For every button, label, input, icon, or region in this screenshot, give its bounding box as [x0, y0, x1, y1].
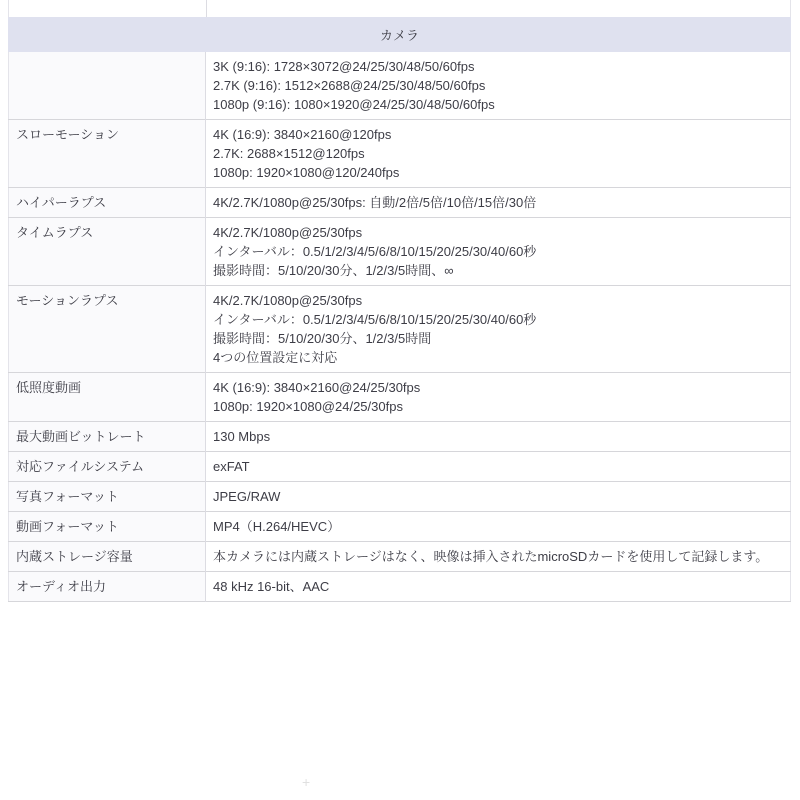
spec-value: JPEG/RAW	[206, 482, 791, 512]
spec-row: ハイパーラプス 4K/2.7K/1080p@25/30fps: 自動/2倍/5倍…	[9, 188, 791, 218]
spec-label	[9, 52, 206, 120]
spec-row: 最大動画ビットレート 130 Mbps	[9, 422, 791, 452]
spec-label: 対応ファイルシステム	[9, 452, 206, 482]
spec-label: オーディオ出力	[9, 572, 206, 602]
spec-label: 内蔵ストレージ容量	[9, 542, 206, 572]
spec-value: 4K/2.7K/1080p@25/30fps インターバル：0.5/1/2/3/…	[206, 218, 791, 286]
spec-value: 130 Mbps	[206, 422, 791, 452]
spec-value: 3K (9:16): 1728×3072@24/25/30/48/50/60fp…	[206, 52, 791, 120]
spec-value: 4K/2.7K/1080p@25/30fps: 自動/2倍/5倍/10倍/15倍…	[206, 188, 791, 218]
spec-row: 内蔵ストレージ容量 本カメラには内蔵ストレージはなく、映像は挿入されたmicro…	[9, 542, 791, 572]
spec-row: タイムラプス 4K/2.7K/1080p@25/30fps インターバル：0.5…	[9, 218, 791, 286]
spec-row: モーションラプス 4K/2.7K/1080p@25/30fps インターバル：0…	[9, 286, 791, 373]
spec-value: 4K (16:9): 3840×2160@24/25/30fps 1080p: …	[206, 373, 791, 422]
table-row-partial-top	[8, 0, 791, 17]
spec-row: 低照度動画 4K (16:9): 3840×2160@24/25/30fps 1…	[9, 373, 791, 422]
spec-label: 写真フォーマット	[9, 482, 206, 512]
spec-value: 48 kHz 16-bit、AAC	[206, 572, 791, 602]
spec-label: スローモーション	[9, 120, 206, 188]
section-header-label: カメラ	[380, 25, 419, 44]
spec-row: スローモーション 4K (16:9): 3840×2160@120fps 2.7…	[9, 120, 791, 188]
spec-label: 動画フォーマット	[9, 512, 206, 542]
spec-value: exFAT	[206, 452, 791, 482]
spec-row: 写真フォーマット JPEG/RAW	[9, 482, 791, 512]
spec-value: 4K (16:9): 3840×2160@120fps 2.7K: 2688×1…	[206, 120, 791, 188]
section-header-camera: カメラ	[8, 17, 791, 52]
spec-label: 低照度動画	[9, 373, 206, 422]
page: カメラ 3K (9:16): 1728×3072@24/25/30/48/50/…	[0, 0, 800, 800]
spec-value: MP4（H.264/HEVC）	[206, 512, 791, 542]
spec-label: ハイパーラプス	[9, 188, 206, 218]
spec-table-section: カメラ 3K (9:16): 1728×3072@24/25/30/48/50/…	[8, 0, 791, 602]
column-divider	[206, 0, 207, 17]
spec-label: 最大動画ビットレート	[9, 422, 206, 452]
spec-value: 本カメラには内蔵ストレージはなく、映像は挿入されたmicroSDカードを使用して…	[206, 542, 791, 572]
spec-table: 3K (9:16): 1728×3072@24/25/30/48/50/60fp…	[8, 52, 791, 602]
spec-label: モーションラプス	[9, 286, 206, 373]
spec-row: オーディオ出力 48 kHz 16-bit、AAC	[9, 572, 791, 602]
spec-row: 動画フォーマット MP4（H.264/HEVC）	[9, 512, 791, 542]
spec-label: タイムラプス	[9, 218, 206, 286]
spec-row: 対応ファイルシステム exFAT	[9, 452, 791, 482]
faint-plus-artifact: +	[302, 774, 310, 790]
spec-row: 3K (9:16): 1728×3072@24/25/30/48/50/60fp…	[9, 52, 791, 120]
spec-value: 4K/2.7K/1080p@25/30fps インターバル：0.5/1/2/3/…	[206, 286, 791, 373]
